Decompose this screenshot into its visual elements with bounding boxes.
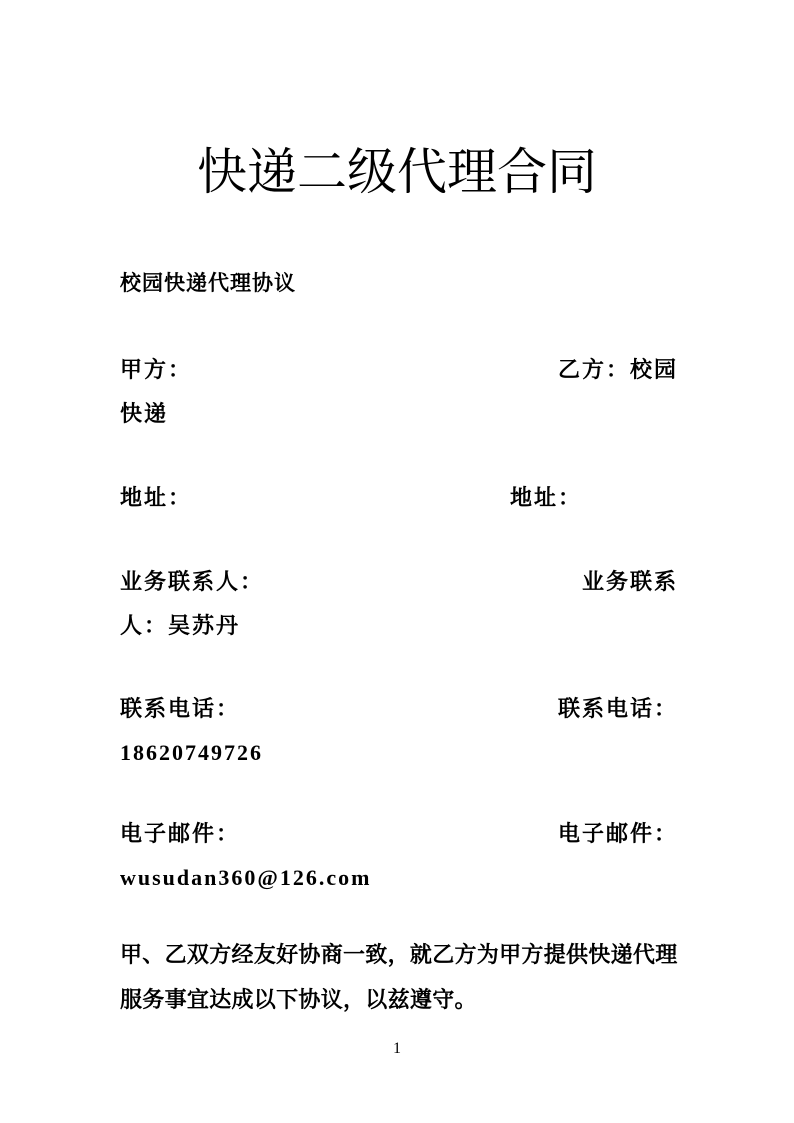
business-contact-b-label: 业务联系 [582,569,678,595]
document-title: 快递二级代理合同 [0,136,794,208]
page-number: 1 [0,1038,794,1060]
business-contact-wrap-text: 人：吴苏丹 [120,613,678,639]
party-b-label: 乙方：校园 [558,357,678,383]
business-contact-a-label: 业务联系人： [120,569,264,595]
email-b-label: 电子邮件： [558,821,678,847]
phone-number-text: 18620749726 [120,740,678,766]
email-row: 电子邮件： 电子邮件： [120,821,678,847]
body-paragraph-line-1: 甲、乙双方经友好协商一致，就乙方为甲方提供快递代理 [120,941,678,969]
address-a-label: 地址： [120,485,192,511]
body-paragraph-line-2: 服务事宜达成以下协议，以兹遵守。 [120,986,678,1014]
business-contact-row: 业务联系人： 业务联系 [120,569,678,595]
phone-a-label: 联系电话： [120,696,240,722]
phone-b-label: 联系电话： [558,696,678,722]
address-row: 地址： 地址： [120,485,678,511]
party-row: 甲方： 乙方：校园 [120,357,678,383]
address-b-label: 地址： [510,485,582,511]
phone-row: 联系电话： 联系电话： [120,696,678,722]
party-b-wrap-text: 快递 [120,401,678,427]
contract-page: 快递二级代理合同 校园快递代理协议 甲方： 乙方：校园 快递 地址： 地址： 业… [0,0,794,1123]
email-a-label: 电子邮件： [120,821,240,847]
section-heading: 校园快递代理协议 [120,268,296,298]
email-address-text: wusudan360@126.com [120,865,678,891]
party-a-label: 甲方： [120,357,192,383]
